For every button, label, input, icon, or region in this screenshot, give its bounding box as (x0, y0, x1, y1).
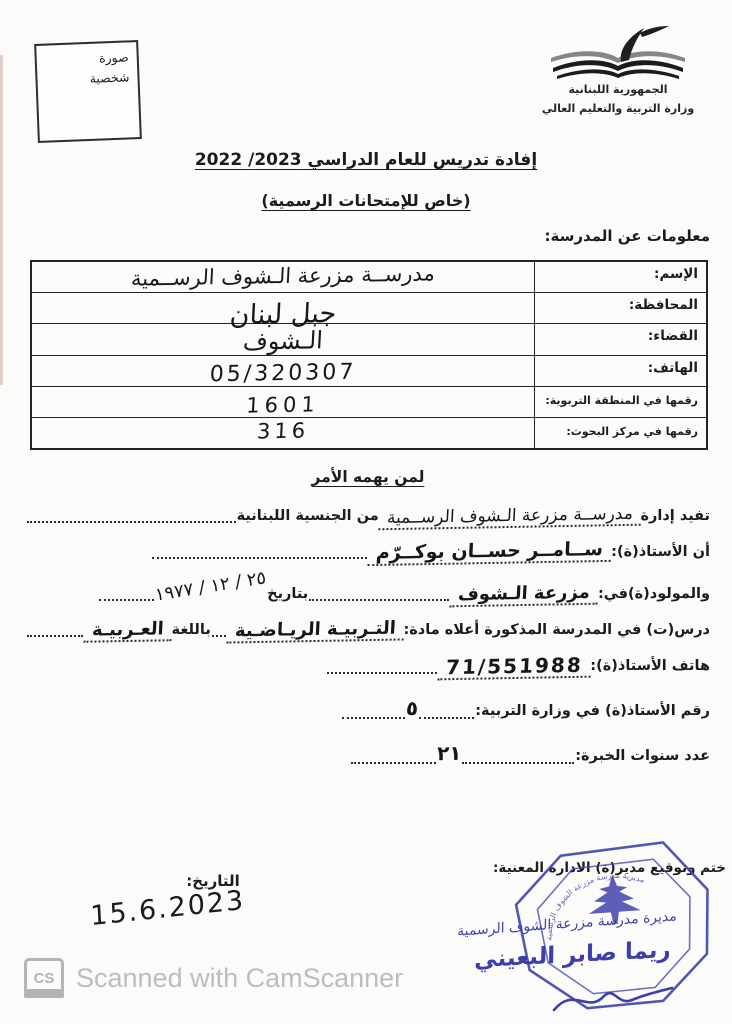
republic-title: الجمهورية اللبنانية (528, 80, 708, 99)
table-row: رقمها في مركز البحوث: 316 (32, 417, 706, 448)
document-subtitle: (خاص للإمتحانات الرسمية) (0, 191, 732, 210)
scanned-document-page: صورة شخصية الجمهورية اللبنانية وزارة الت… (0, 0, 732, 1024)
photo-box-label-line2: شخصية (89, 67, 130, 89)
form-line-teacher-phone: هاتف الأستاذ(ة): 71/551988 (26, 655, 710, 678)
handwritten-date: 15.6.2023 (90, 885, 246, 932)
photo-placeholder-box: صورة شخصية (34, 40, 142, 143)
handwritten-research-number: 316 (31, 416, 535, 446)
handwritten-school-name: مدرســة مزرعة الـشوف الرســمية (378, 506, 641, 531)
form-line-label: هاتف الأستاذ(ة): (590, 655, 710, 678)
ministry-title: وزارة التربية والتعليم العالي (528, 99, 708, 118)
handwritten-school-name: مدرســة مزرعة الـشوف الرســمية (31, 262, 535, 292)
form-line-label: بتاريخ (267, 583, 308, 606)
handwritten-teacher-name: ســامــر حســان بوكــرّم (368, 540, 612, 566)
row-label: الإسم: (534, 262, 706, 292)
school-info-table: الإسم: مدرســة مزرعة الـشوف الرســمية ال… (30, 260, 708, 450)
table-row: المحافظة: جبل لبنان (32, 292, 706, 323)
handwritten-birthdate: ٢٥ / ١٢ / ١٩٧٧ (154, 565, 268, 611)
handwritten-teacher-phone: 71/551988 (437, 654, 591, 680)
form-line-label: عدد سنوات الخبرة: (575, 745, 710, 768)
row-label: المحافظة: (534, 293, 706, 323)
form-line-label: رقم الأستاذ(ة) في وزارة التربية: (475, 700, 710, 723)
form-line-label: درس(ت) في المدرسة المذكورة أعلاه مادة: (403, 619, 710, 642)
form-line-experience: عدد سنوات الخبرة: ٢١ (26, 737, 710, 769)
document-title: إفادة تدريس للعام الدراسي 2023/ 2022 (0, 150, 732, 170)
table-row: الإسم: مدرســة مزرعة الـشوف الرســمية (32, 262, 706, 292)
camscanner-icon-letters: CS (34, 970, 55, 987)
photo-box-label-line1: صورة (89, 47, 130, 69)
row-label: رقمها في مركز البحوث: (534, 418, 706, 448)
handwritten-language: العـربيـة (83, 621, 172, 644)
ministry-logo-block: الجمهورية اللبنانية وزارة التربية والتعل… (528, 24, 708, 119)
handwritten-phone: 05/320307 (31, 358, 535, 389)
form-line-birth: والمولود(ة)في: مزرعة الـشوف بتاريخ ٢٥ / … (26, 577, 710, 606)
row-label: القضاء: (534, 324, 706, 354)
camscanner-text: Scanned with CamScanner (76, 963, 403, 994)
letter-body: لمن يهمه الأمر تفيد إدارة مدرســة مزرعة … (26, 468, 710, 782)
form-line-subject: درس(ت) في المدرسة المذكورة أعلاه مادة: ا… (26, 619, 710, 642)
handwritten-zone-number: 1601 (31, 390, 535, 420)
handwritten-birthplace: مزرعة الـشوف (450, 584, 599, 608)
to-whom-heading: لمن يهمه الأمر (26, 468, 710, 486)
handwritten-ministry-number: ٥ (405, 691, 419, 723)
table-row: الهاتف: 05/320307 (32, 355, 706, 386)
form-line-certifies: تفيد إدارة مدرســة مزرعة الـشوف الرســمي… (26, 505, 710, 528)
camscanner-watermark: CS Scanned with CamScanner (24, 958, 403, 998)
form-line-label: باللغة (172, 619, 211, 642)
row-label: رقمها في المنطقة التربوية: (534, 387, 706, 417)
table-row: رقمها في المنطقة التربوية: 1601 (32, 386, 706, 417)
row-label: الهاتف: (534, 356, 706, 386)
form-line-teacher-name: أن الأستاذ(ة): ســامــر حســان بوكــرّم (26, 541, 710, 564)
form-line-label: تفيد إدارة (640, 505, 710, 528)
form-line-ministry-number: رقم الأستاذ(ة) في وزارة التربية: ٥ (26, 692, 710, 724)
form-line-label: من الجنسية اللبنانية (237, 505, 379, 528)
scan-edge-artifact (0, 55, 3, 385)
handwritten-subject: التـربيـة الريـاضـية (226, 620, 404, 644)
open-book-flame-icon (543, 24, 693, 80)
handwritten-experience-years: ٢١ (436, 736, 462, 768)
signature-scribble (548, 982, 678, 1018)
school-info-heading: معلومات عن المدرسة: (545, 227, 710, 245)
form-line-label: أن الأستاذ(ة): (611, 541, 710, 564)
camscanner-icon: CS (24, 958, 64, 998)
form-line-label: والمولود(ة)في: (598, 583, 710, 606)
